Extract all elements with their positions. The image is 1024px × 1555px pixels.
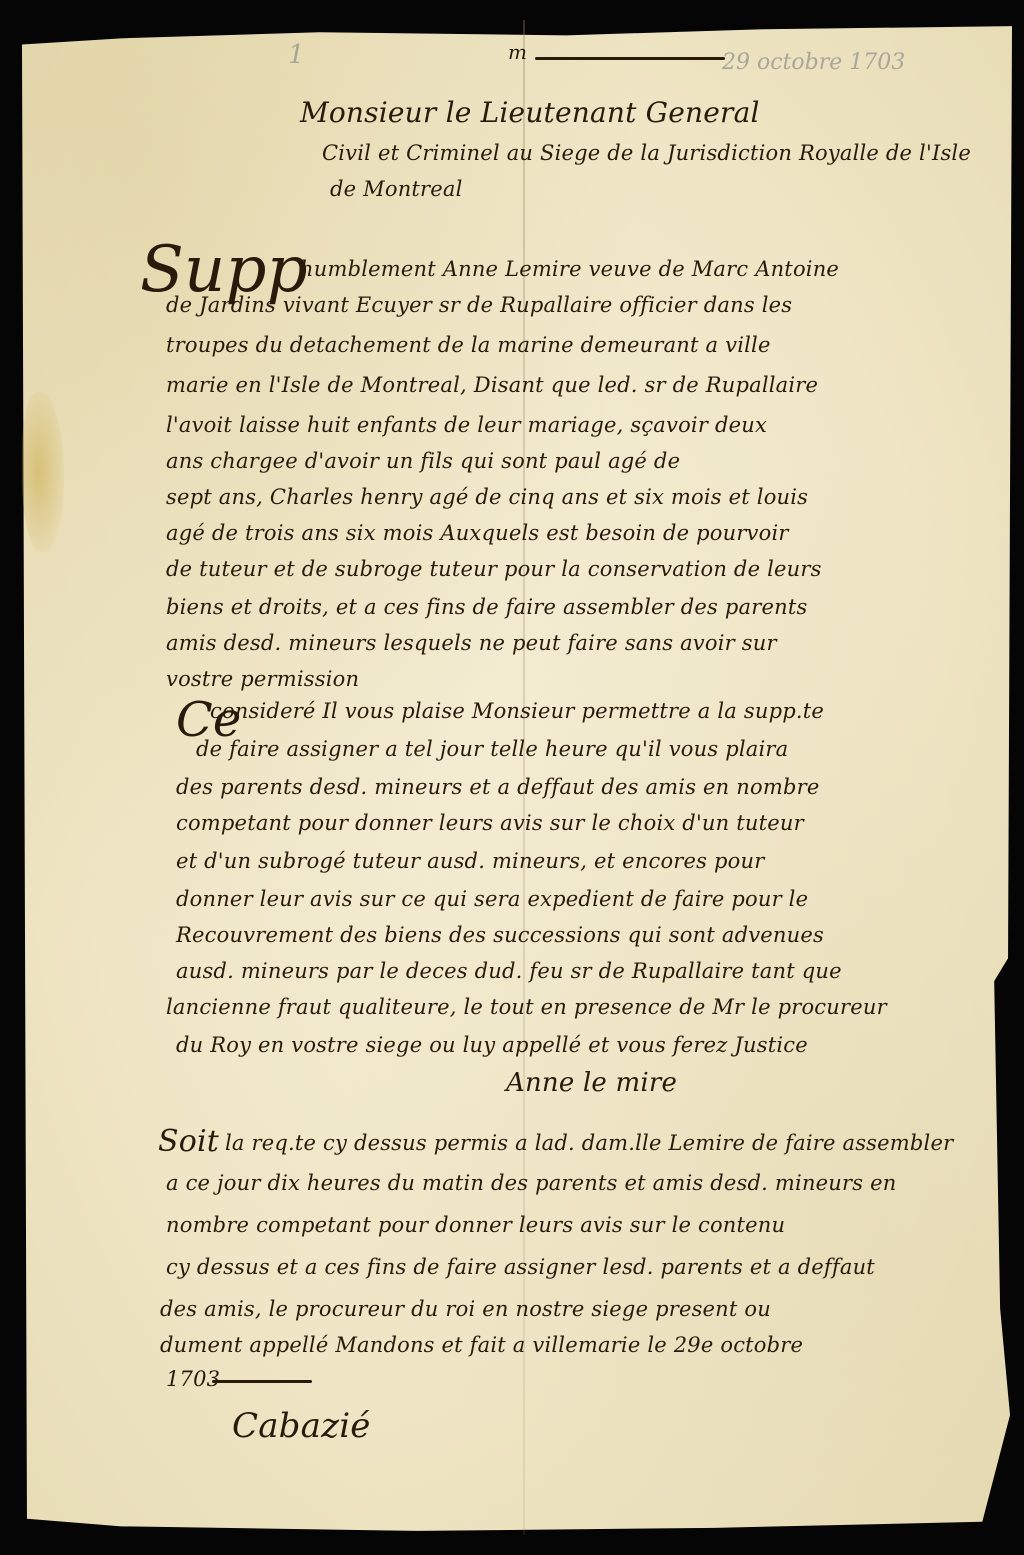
conclusion-line: lancienne fraut qualiteure, le tout en p… — [166, 994, 887, 1020]
order-line: la req.te cy dessus permis a lad. dam.ll… — [225, 1130, 953, 1156]
petition-line: de Jardins vivant Ecuyer sr de Rupallair… — [166, 292, 792, 318]
address-line: Monsieur le Lieutenant General — [300, 100, 760, 126]
order-line: dument appellé Mandons et fait a villema… — [160, 1332, 803, 1358]
petition-line: l'avoit laisse huit enfants de leur mari… — [166, 412, 767, 438]
conclusion-line: de faire assigner a tel jour telle heure… — [196, 736, 788, 762]
pencil-date-note: 29 octobre 1703 — [722, 50, 905, 75]
petition-line: marie en l'Isle de Montreal, Disant que … — [166, 372, 818, 398]
conclusion-line: du Roy en vostre siege ou luy appellé et… — [176, 1032, 808, 1058]
conclusion-line: consideré Il vous plaise Monsieur permet… — [210, 698, 824, 724]
petition-line: vostre permission — [166, 666, 359, 692]
conclusion-line: competant pour donner leurs avis sur le … — [176, 810, 804, 836]
pencil-page-number: 1 — [288, 40, 305, 70]
order-line: des amis, le procureur du roi en nostre … — [160, 1296, 771, 1322]
order-line: nombre competant pour donner leurs avis … — [166, 1212, 785, 1238]
conclusion-line: donner leur avis sur ce qui sera expedie… — [176, 886, 808, 912]
order-date-year: 1703 — [166, 1366, 220, 1392]
petition-line: biens et droits, et a ces fins de faire … — [166, 594, 807, 620]
petition-line: ans chargee d'avoir un fils qui sont pau… — [166, 448, 680, 474]
order-initial: Soit — [158, 1124, 219, 1159]
order-line: a ce jour dix heures du matin des parent… — [166, 1170, 896, 1196]
petition-line: troupes du detachement de la marine deme… — [166, 332, 771, 358]
header-flourish — [535, 57, 725, 60]
petition-line: humblement Anne Lemire veuve de Marc Ant… — [300, 256, 839, 282]
conclusion-line: Recouvrement des biens des successions q… — [176, 922, 824, 948]
petition-line: agé de trois ans six mois Auxquels est b… — [166, 520, 789, 546]
year-flourish — [212, 1380, 312, 1383]
petition-line: sept ans, Charles henry agé de cinq ans … — [166, 484, 808, 510]
header-mark: m — [508, 40, 527, 64]
address-line: de Montreal — [330, 176, 463, 202]
address-line: Civil et Criminel au Siege de la Jurisdi… — [322, 140, 971, 166]
petition-line: amis desd. mineurs lesquels ne peut fair… — [166, 630, 777, 656]
conclusion-line: et d'un subrogé tuteur ausd. mineurs, et… — [176, 848, 764, 874]
order-line: cy dessus et a ces fins de faire assigne… — [166, 1254, 875, 1280]
judge-signature: Cabazié — [232, 1406, 371, 1446]
petition-initial: Supp — [140, 240, 308, 300]
petition-line: de tuteur et de subroge tuteur pour la c… — [166, 556, 822, 582]
conclusion-line: ausd. mineurs par le deces dud. feu sr d… — [176, 958, 842, 984]
petitioner-signature: Anne le mire — [506, 1068, 677, 1098]
conclusion-line: des parents desd. mineurs et a deffaut d… — [176, 774, 819, 800]
